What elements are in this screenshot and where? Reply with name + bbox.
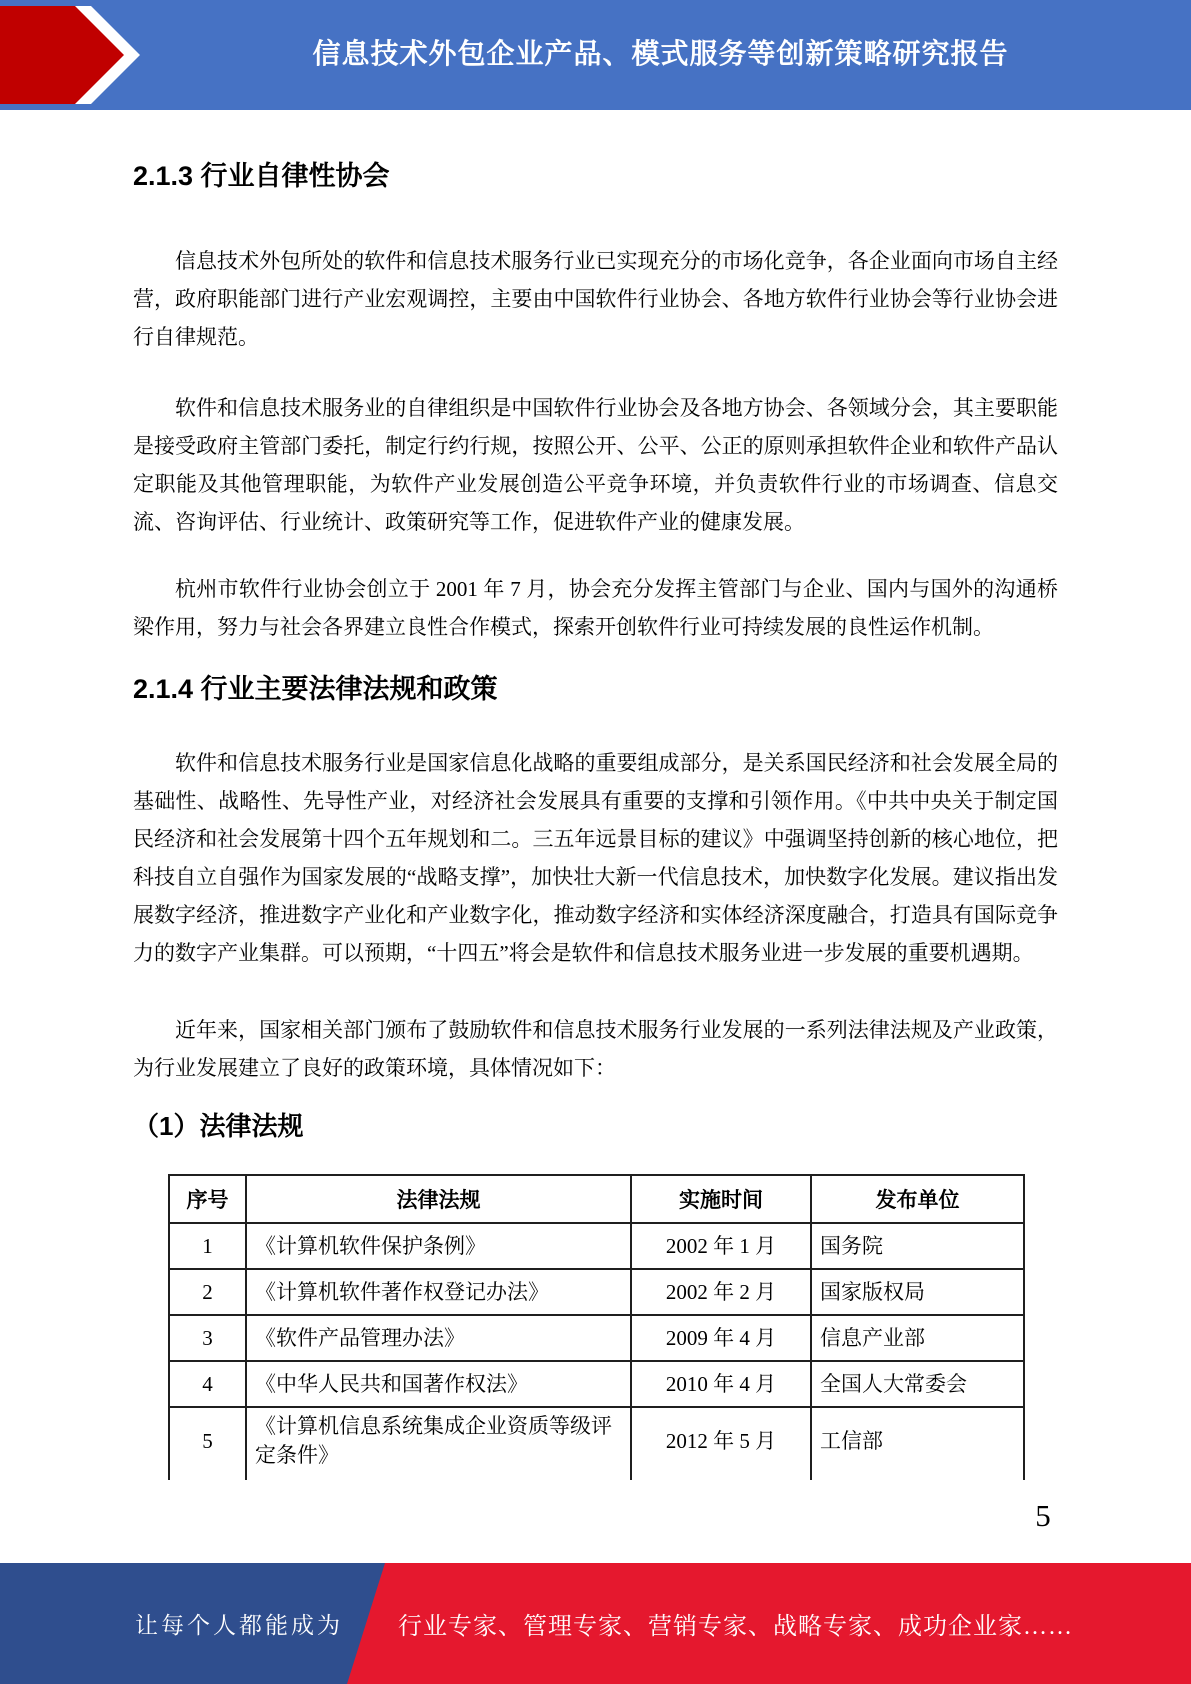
table-cell: 2002 年 2 月 (631, 1269, 811, 1315)
footer-slogan-right: 行业专家、管理专家、营销专家、战略专家、成功企业家…… (398, 1605, 1073, 1640)
column-header: 发布单位 (811, 1175, 1024, 1223)
table-row: 5《计算机信息系统集成企业资质等级评 定条件》2012 年 5 月工信部 (169, 1407, 1024, 1480)
report-title: 信息技术外包企业产品、模式服务等创新策略研究报告 (170, 0, 1151, 104)
table-cell: 5 (169, 1407, 246, 1480)
table-cell: 《中华人民共和国著作权法》 (246, 1361, 631, 1407)
table-cell: 国务院 (811, 1223, 1024, 1269)
table-cell: 2010 年 4 月 (631, 1361, 811, 1407)
section-heading-2-1-4: 2.1.4 行业主要法律法规和政策 (133, 670, 1058, 708)
footer-slogan-left: 让每个人都能成为 (135, 1606, 343, 1639)
table-cell: 工信部 (811, 1407, 1024, 1480)
paragraph: 软件和信息技术服务行业是国家信息化战略的重要组成部分，是关系国民经济和社会发展全… (133, 744, 1058, 972)
column-header: 实施时间 (631, 1175, 811, 1223)
table-header-row: 序号法律法规实施时间发布单位 (169, 1175, 1024, 1223)
table-cell: 2002 年 1 月 (631, 1223, 811, 1269)
page-number: 5 (1018, 1498, 1068, 1534)
table-cell: 4 (169, 1361, 246, 1407)
section-heading-2-1-3: 2.1.3 行业自律性协会 (133, 157, 1058, 195)
table-body: 1《计算机软件保护条例》2002 年 1 月国务院2《计算机软件著作权登记办法》… (169, 1223, 1024, 1480)
table-cell: 国家版权局 (811, 1269, 1024, 1315)
table-row: 2《计算机软件著作权登记办法》2002 年 2 月国家版权局 (169, 1269, 1024, 1315)
footer-banner: 让每个人都能成为 行业专家、管理专家、营销专家、战略专家、成功企业家…… (0, 1563, 1191, 1684)
table-cell: 《软件产品管理办法》 (246, 1315, 631, 1361)
table-row: 1《计算机软件保护条例》2002 年 1 月国务院 (169, 1223, 1024, 1269)
laws-table: 序号法律法规实施时间发布单位 1《计算机软件保护条例》2002 年 1 月国务院… (168, 1174, 1025, 1480)
table-row: 3《软件产品管理办法》2009 年 4 月信息产业部 (169, 1315, 1024, 1361)
report-page: 信息技术外包企业产品、模式服务等创新策略研究报告 2.1.3 行业自律性协会 信… (0, 0, 1191, 1684)
table-cell: 2012 年 5 月 (631, 1407, 811, 1480)
table-cell: 全国人大常委会 (811, 1361, 1024, 1407)
table-cell: 1 (169, 1223, 246, 1269)
table-row: 4《中华人民共和国著作权法》2010 年 4 月全国人大常委会 (169, 1361, 1024, 1407)
table-cell: 2 (169, 1269, 246, 1315)
table-cell: 2009 年 4 月 (631, 1315, 811, 1361)
paragraph: 软件和信息技术服务业的自律组织是中国软件行业协会及各地方协会、各领域分会，其主要… (133, 389, 1058, 541)
paragraph: 杭州市软件行业协会创立于 2001 年 7 月，协会充分发挥主管部门与企业、国内… (133, 570, 1058, 646)
table-cell: 《计算机软件著作权登记办法》 (246, 1269, 631, 1315)
table-cell: 《计算机信息系统集成企业资质等级评 定条件》 (246, 1407, 631, 1480)
document-body: 2.1.3 行业自律性协会 信息技术外包所处的软件和信息技术服务行业已实现充分的… (133, 110, 1058, 1480)
red-arrow-icon (0, 0, 170, 110)
paragraph: 信息技术外包所处的软件和信息技术服务行业已实现充分的市场化竞争，各企业面向市场自… (133, 242, 1058, 356)
table-header-row: 序号法律法规实施时间发布单位 (169, 1175, 1024, 1223)
table-cell: 信息产业部 (811, 1315, 1024, 1361)
table-cell: 《计算机软件保护条例》 (246, 1223, 631, 1269)
subsection-heading-laws: （1）法律法规 (133, 1107, 1058, 1145)
table-cell: 3 (169, 1315, 246, 1361)
paragraph: 近年来，国家相关部门颁布了鼓励软件和信息技术服务行业发展的一系列法律法规及产业政… (133, 1011, 1058, 1087)
column-header: 序号 (169, 1175, 246, 1223)
column-header: 法律法规 (246, 1175, 631, 1223)
header-banner: 信息技术外包企业产品、模式服务等创新策略研究报告 (0, 0, 1191, 110)
